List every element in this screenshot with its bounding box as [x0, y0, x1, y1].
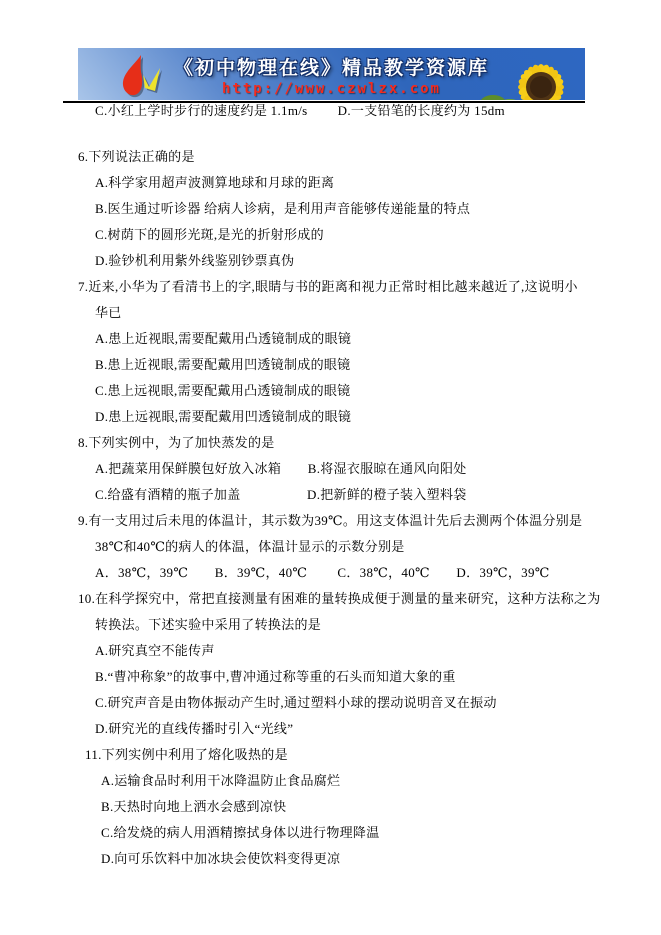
option-line: A.运输食品时利用干冰降温防止食品腐烂: [101, 768, 638, 794]
option-line: D.向可乐饮料中加冰块会使饮料变得更凉: [101, 846, 638, 872]
continuation-line: 38℃和40℃的病人的体温，体温计显示的示数分别是: [95, 534, 638, 560]
option-line: C.树荫下的圆形光斑,是光的折射形成的: [95, 222, 638, 248]
question-line: 6.下列说法正确的是: [78, 144, 638, 170]
sunflower-icon: [477, 48, 585, 100]
option-line: D.验钞机利用紫外线鉴别钞票真伪: [95, 248, 638, 274]
question-line: 11.下列实例中利用了熔化吸热的是: [85, 742, 638, 768]
option-line: A.科学家用超声波测算地球和月球的距离: [95, 170, 638, 196]
question-line: 8.下列实例中，为了加快蒸发的是: [78, 430, 638, 456]
exam-body: C.小红上学时步行的速度约是 1.1m/s D.一支铅笔的长度约为 15dm6.…: [78, 98, 638, 872]
option-line: D.研究光的直线传播时引入“光线”: [95, 716, 638, 742]
option-line: A.把蔬菜用保鲜膜包好放入冰箱 B.将湿衣服晾在通风向阳处: [95, 456, 638, 482]
option-line: C.小红上学时步行的速度约是 1.1m/s D.一支铅笔的长度约为 15dm: [95, 98, 638, 124]
option-line: C.给发烧的病人用酒精擦拭身体以进行物理降温: [101, 820, 638, 846]
option-line: A．38℃，39℃ B．39℃，40℃ C．38℃，40℃ D．39℃，39℃: [95, 560, 638, 586]
option-line: B.患上近视眼,需要配戴用凹透镜制成的眼镜: [95, 352, 638, 378]
continuation-line: 转换法。下述实验中采用了转换法的是: [95, 612, 638, 638]
option-line: C.研究声音是由物体振动产生时,通过塑料小球的摆动说明音叉在振动: [95, 690, 638, 716]
question-line: 10.在科学探究中，常把直接测量有困难的量转换成便于测量的量来研究，这种方法称之…: [78, 586, 638, 612]
option-line: B.天热时向地上洒水会感到凉快: [101, 794, 638, 820]
option-line: D.患上远视眼,需要配戴用凹透镜制成的眼镜: [95, 404, 638, 430]
option-line: A.研究真空不能传声: [95, 638, 638, 664]
option-line: C.给盛有酒精的瓶子加盖 D.把新鲜的橙子装入塑料袋: [95, 482, 638, 508]
option-line: A.患上近视眼,需要配戴用凸透镜制成的眼镜: [95, 326, 638, 352]
option-line: C.患上远视眼,需要配戴用凸透镜制成的眼镜: [95, 378, 638, 404]
question-line: 9.有一支用过后未甩的体温计，其示数为39℃。用这支体温计先后去测两个体温分别是: [78, 508, 638, 534]
site-banner: 《初中物理在线》精品教学资源库 http://www.czwlzx.com: [78, 48, 585, 100]
option-line: B.医生通过听诊器 给病人诊病，是利用声音能够传递能量的特点: [95, 196, 638, 222]
question-line: 7.近来,小华为了看清书上的字,眼睛与书的距离和视力正常时相比越来越近了,这说明…: [78, 274, 638, 300]
continuation-line: 华已: [95, 300, 638, 326]
option-line: B.“曹冲称象”的故事中,曹冲通过称等重的石头而知道大象的重: [95, 664, 638, 690]
